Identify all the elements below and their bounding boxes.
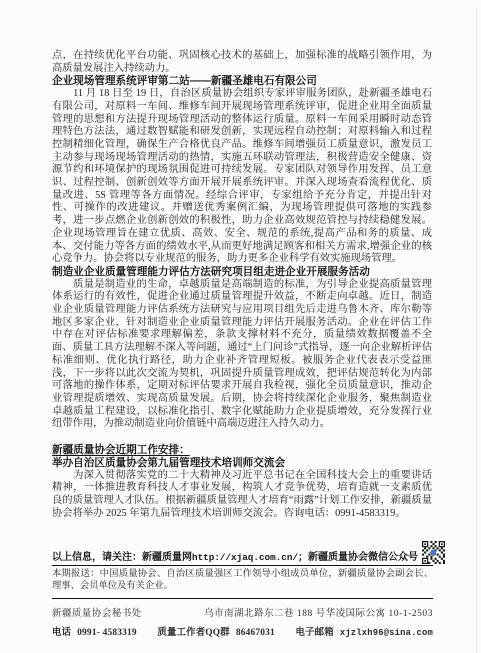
- section-2-paragraph: 质量是制造业的生命，卓越质量是高端制造的标准，为引导企业提高质量管理体系运行的有…: [52, 279, 432, 431]
- follow-prefix-text: 以上信息，请关注：新疆质量网: [52, 552, 192, 564]
- scan-edge-line: [476, 8, 477, 653]
- distribution-line: 本期报送：中国质量协会、自治区质量强区工作领导小组成员单位，新疆质量协会副会长、…: [52, 566, 433, 592]
- contact-block: 新疆质量协会秘书处 乌市南湖北路东二巷 188 号华凌国际公寓 10-1-250…: [52, 599, 433, 638]
- newsletter-body: 点，在持续优化平台功能、巩固核心技术的基础上，加强标准的战略引领作用，为高质量发…: [52, 50, 432, 520]
- plan-subheading: 举办自治区质量协会第九届管理技术培训师交流会: [52, 457, 432, 470]
- website-url-text: http://xjaq.com.cn/: [192, 552, 298, 564]
- email-line: 电子邮箱xjzlxh96@sina.com: [296, 624, 433, 638]
- phone-label: 电话: [52, 628, 71, 638]
- continuation-paragraph: 点，在持续优化平台功能、巩固核心技术的基础上，加强标准的战略引领作用，为高质量发…: [52, 50, 432, 75]
- qq-label: 质量工作者QQ群: [157, 628, 229, 638]
- follow-info-line: 以上信息，请关注：新疆质量网 http://xjaq.com.cn/；新疆质量协…: [52, 541, 433, 564]
- office-address: 乌市南湖北路东二巷 188 号华凌国际公寓 10-1-2503: [204, 605, 433, 619]
- follow-suffix-text: ；新疆质量协会微信公众号: [298, 552, 418, 564]
- email-label: 电子邮箱: [296, 628, 334, 638]
- qq-line: 质量工作者QQ群86467031: [157, 624, 275, 638]
- wechat-qrcode-icon: [422, 541, 445, 564]
- contact-row-1: 新疆质量协会秘书处 乌市南湖北路东二巷 188 号华凌国际公寓 10-1-250…: [52, 605, 433, 619]
- plan-section-heading: 新疆质量协会近期工作安排：: [52, 444, 432, 457]
- qq-number: 86467031: [236, 628, 275, 638]
- phone-line: 电话0991- 4583319: [52, 624, 137, 638]
- blank-line: [52, 431, 432, 444]
- section-1-heading: 企业现场管理系统评审第二站——新疆圣雄电石有限公司: [52, 75, 432, 88]
- section-2-heading: 制造业企业质量管理能力评估方法研究项目组走进企业开展服务活动: [52, 266, 432, 279]
- email-address: xjzlxh96@sina.com: [340, 628, 433, 638]
- phone-number: 0991- 4583319: [77, 628, 137, 638]
- contact-row-2: 电话0991- 4583319 质量工作者QQ群86467031 电子邮箱xjz…: [52, 624, 433, 638]
- newsletter-footer: 以上信息，请关注：新疆质量网 http://xjaq.com.cn/；新疆质量协…: [52, 541, 433, 638]
- plan-paragraph: 为深入贯彻落实党的二十大精神及习近平总书记在全国科技大会上的重要讲话精神，一体推…: [52, 470, 432, 521]
- secretariat-name: 新疆质量协会秘书处: [52, 605, 142, 619]
- newsletter-page: 点，在持续优化平台功能、巩固核心技术的基础上，加强标准的战略引领作用，为高质量发…: [0, 0, 481, 653]
- section-1-paragraph: 11 月 18 日至 19 日，自治区质量协会组织专家评审服务团队，赴新疆圣雄电…: [52, 88, 432, 266]
